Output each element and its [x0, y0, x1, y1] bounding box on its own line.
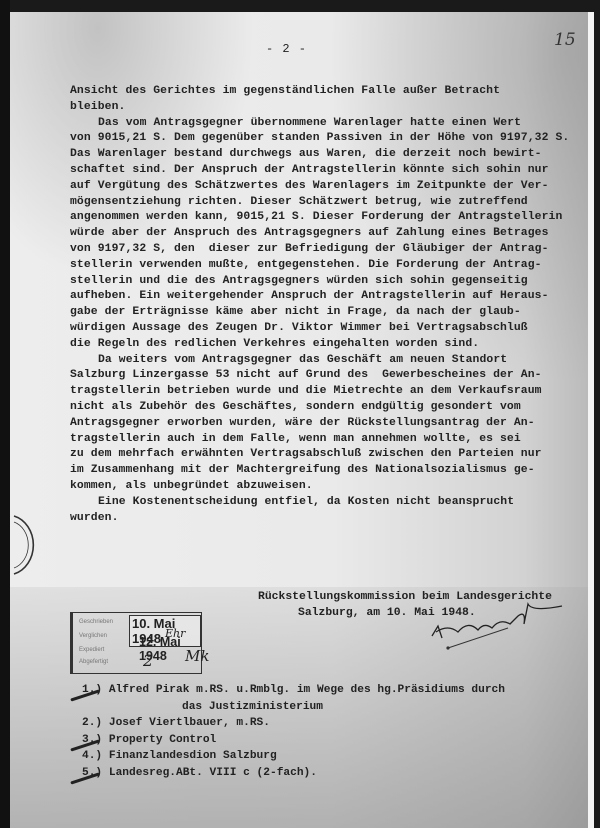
text-line: angenommen werden kann, 9015,21 S. Diese… [70, 210, 590, 226]
text-line: tragstellerin betrieben wurde und die Mi… [70, 384, 590, 400]
stamp-label: Expediert [79, 647, 104, 653]
text-line: Eine Kostenentscheidung entfiel, da Kost… [70, 495, 590, 511]
text-line: Ansicht des Gerichtes im gegenständliche… [70, 84, 590, 100]
distribution-list: 1.) Alfred Pirak m.RS. u.Rmblg. im Wege … [82, 682, 505, 781]
text-line: Salzburg Linzergasse 53 nicht auf Grund … [70, 368, 590, 384]
text-line: bleiben. [70, 100, 590, 116]
text-line: auf Vergütung des Schätzwertes des Waren… [70, 179, 590, 195]
text-line: würde aber der Anspruch des Antragsgegne… [70, 226, 590, 242]
distribution-item: 3.) Property Control [82, 732, 505, 749]
stamp-count: 2 [143, 651, 153, 670]
handwritten-signature-icon [428, 602, 568, 652]
text-line: kommen, als unbegründet abzuweisen. [70, 479, 590, 495]
text-line: die Regeln des redlichen Verkehres einge… [70, 337, 590, 353]
folio-number: 15 [554, 30, 576, 50]
stamp-label: Verglichen [79, 633, 107, 639]
text-line: mögensentziehung richten. Dieser Schätzw… [70, 195, 590, 211]
received-stamp: Geschrieben Verglichen Expediert Abgefer… [70, 612, 202, 674]
distribution-item: 2.) Josef Viertlbauer, m.RS. [82, 715, 505, 732]
text-line: wurden. [70, 511, 590, 527]
stamp-label: Abgefertigt [79, 659, 108, 665]
check-mark-icon [70, 772, 99, 784]
distribution-item-continuation: das Justizministerium [82, 699, 505, 716]
text-line: gabe der Erträgnisse käme aber nicht in … [70, 305, 590, 321]
text-line: Das Warenlager bestand durchwegs aus War… [70, 147, 590, 163]
text-line: Da weiters vom Antragsgegner das Geschäf… [70, 353, 590, 369]
text-line: würdigen Aussage des Zeugen Dr. Viktor W… [70, 321, 590, 337]
text-line: von 9015,21 S. Dem gegenüber standen Pas… [70, 131, 590, 147]
scan-border [0, 0, 10, 828]
text-line: aufheben. Ein weitergehender Anspruch de… [70, 289, 590, 305]
document-page: - 2 - 15 Ansicht des Gerichtes im gegens… [10, 12, 594, 828]
text-line: nicht als Zubehör des Geschäftes, sonder… [70, 400, 590, 416]
distribution-item: 5.) Landesreg.ABt. VIII c (2-fach). [82, 765, 505, 782]
text-line: zu dem mehrfach erwähnten Vertragsabschl… [70, 447, 590, 463]
text-line: tragstellerin auch in dem Falle, wenn ma… [70, 432, 590, 448]
text-line: stellerin verwenden mußte, entgegenstehe… [70, 258, 590, 274]
distribution-item: 4.) Finanzlandesdion Salzburg [82, 748, 505, 765]
distribution-item: 1.) Alfred Pirak m.RS. u.Rmblg. im Wege … [82, 682, 505, 699]
stamp-label: Geschrieben [79, 619, 113, 625]
text-line: Das vom Antragsgegner übernommene Warenl… [70, 116, 590, 132]
page-number: - 2 - [266, 42, 307, 56]
salzburg-seal-icon: SALZBURG [12, 512, 38, 578]
text-line: im Zusammenhang mit der Machtergreifung … [70, 463, 590, 479]
text-line: von 9197,32 S, den dieser zur Befriedigu… [70, 242, 590, 258]
body-text: Ansicht des Gerichtes im gegenständliche… [70, 84, 590, 526]
text-line: schaftet sind. Der Anspruch der Antragst… [70, 163, 590, 179]
text-line: stellerin und die des Antragsgegners wür… [70, 274, 590, 290]
text-line: Antragsgegner erworben wurden, wäre der … [70, 416, 590, 432]
svg-text:SALZBURG: SALZBURG [36, 531, 38, 567]
stamp-mark: Mk [185, 647, 209, 665]
